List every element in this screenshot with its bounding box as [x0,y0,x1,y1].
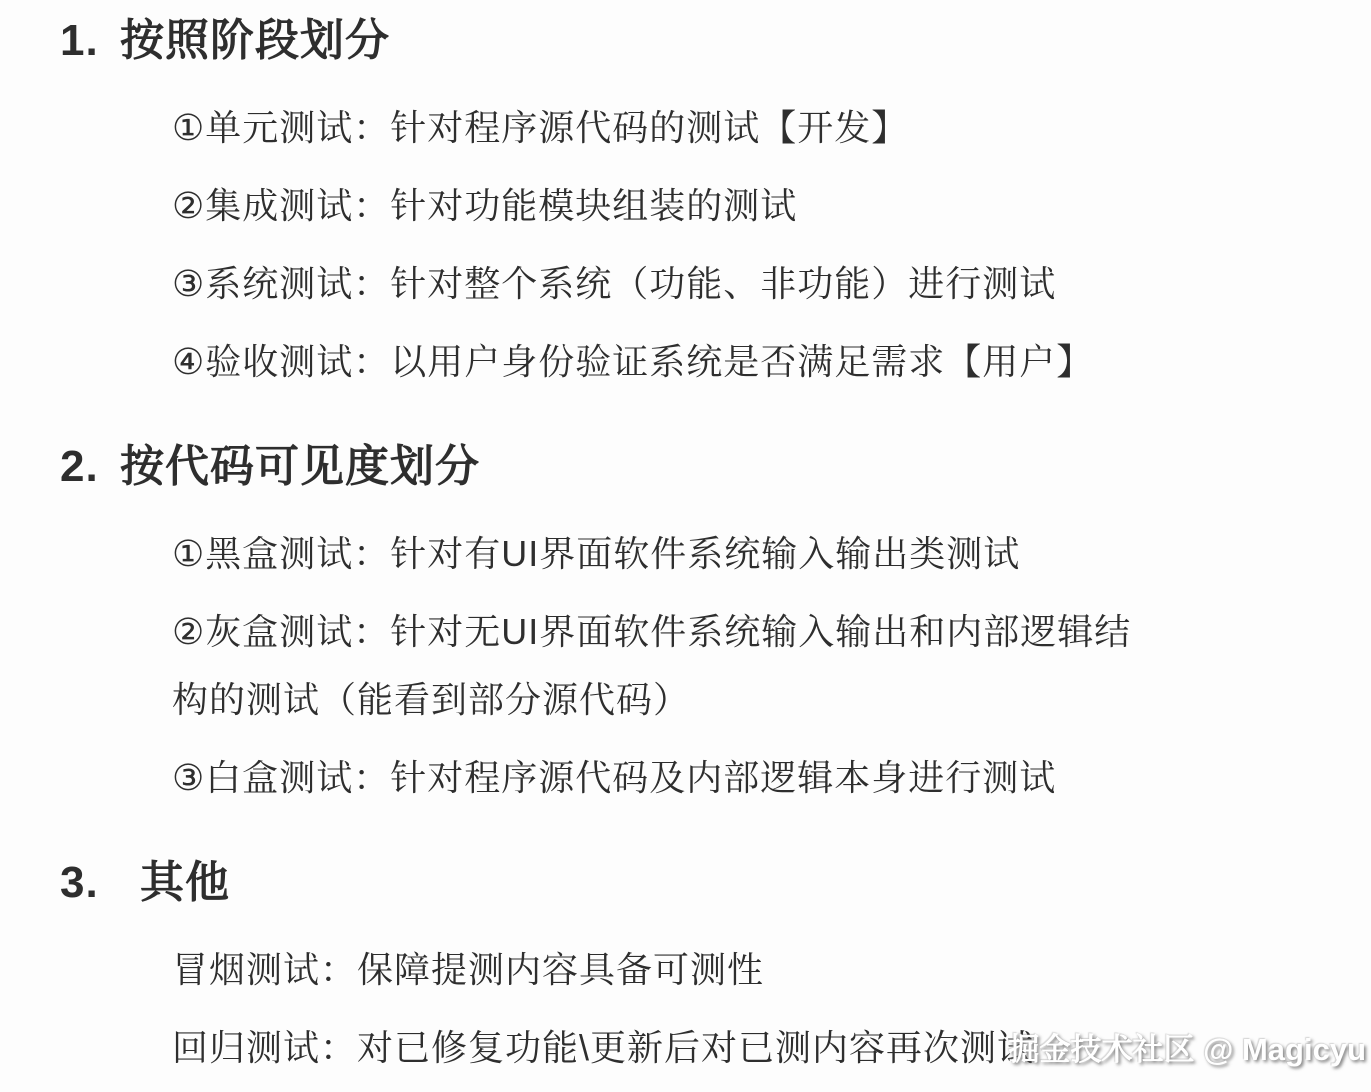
section-stage-division: 1.按照阶段划分 ①单元测试：针对程序源代码的测试【开发】 ②集成测试：针对功能… [0,18,1371,381]
list-item: ②灰盒测试：针对无UI界面软件系统输入输出和内部逻辑结 [172,613,1371,651]
list-item: ①黑盒测试：针对有UI界面软件系统输入输出类测试 [172,535,1371,573]
section-heading: 3.其他 [0,860,1371,906]
section-number: 2. [60,444,120,490]
list-item: ④验收测试：以用户身份验证系统是否满足需求【用户】 [172,343,1371,381]
watermark: 掘金技术社区 @ Magicyu [1009,1032,1366,1068]
section-code-visibility: 2.按代码可见度划分 ①黑盒测试：针对有UI界面软件系统输入输出类测试 ②灰盒测… [0,444,1371,797]
notes-page: 1.按照阶段划分 ①单元测试：针对程序源代码的测试【开发】 ②集成测试：针对功能… [0,0,1371,1092]
section-number: 3. [60,860,140,906]
list-item-continuation: 构的测试（能看到部分源代码） [172,681,1371,719]
list-item: ②集成测试：针对功能模块组装的测试 [172,187,1371,225]
section-title: 按照阶段划分 [120,18,390,64]
list-item: ①单元测试：针对程序源代码的测试【开发】 [172,109,1371,147]
list-item: ③系统测试：针对整个系统（功能、非功能）进行测试 [172,265,1371,303]
section-heading: 2.按代码可见度划分 [0,444,1371,490]
section-heading: 1.按照阶段划分 [0,18,1371,64]
list-item: ③白盒测试：针对程序源代码及内部逻辑本身进行测试 [172,759,1371,797]
section-number: 1. [60,18,120,64]
section-title: 其他 [140,860,230,906]
section-title: 按代码可见度划分 [120,444,480,490]
list-item: 冒烟测试：保障提测内容具备可测性 [172,951,1371,989]
